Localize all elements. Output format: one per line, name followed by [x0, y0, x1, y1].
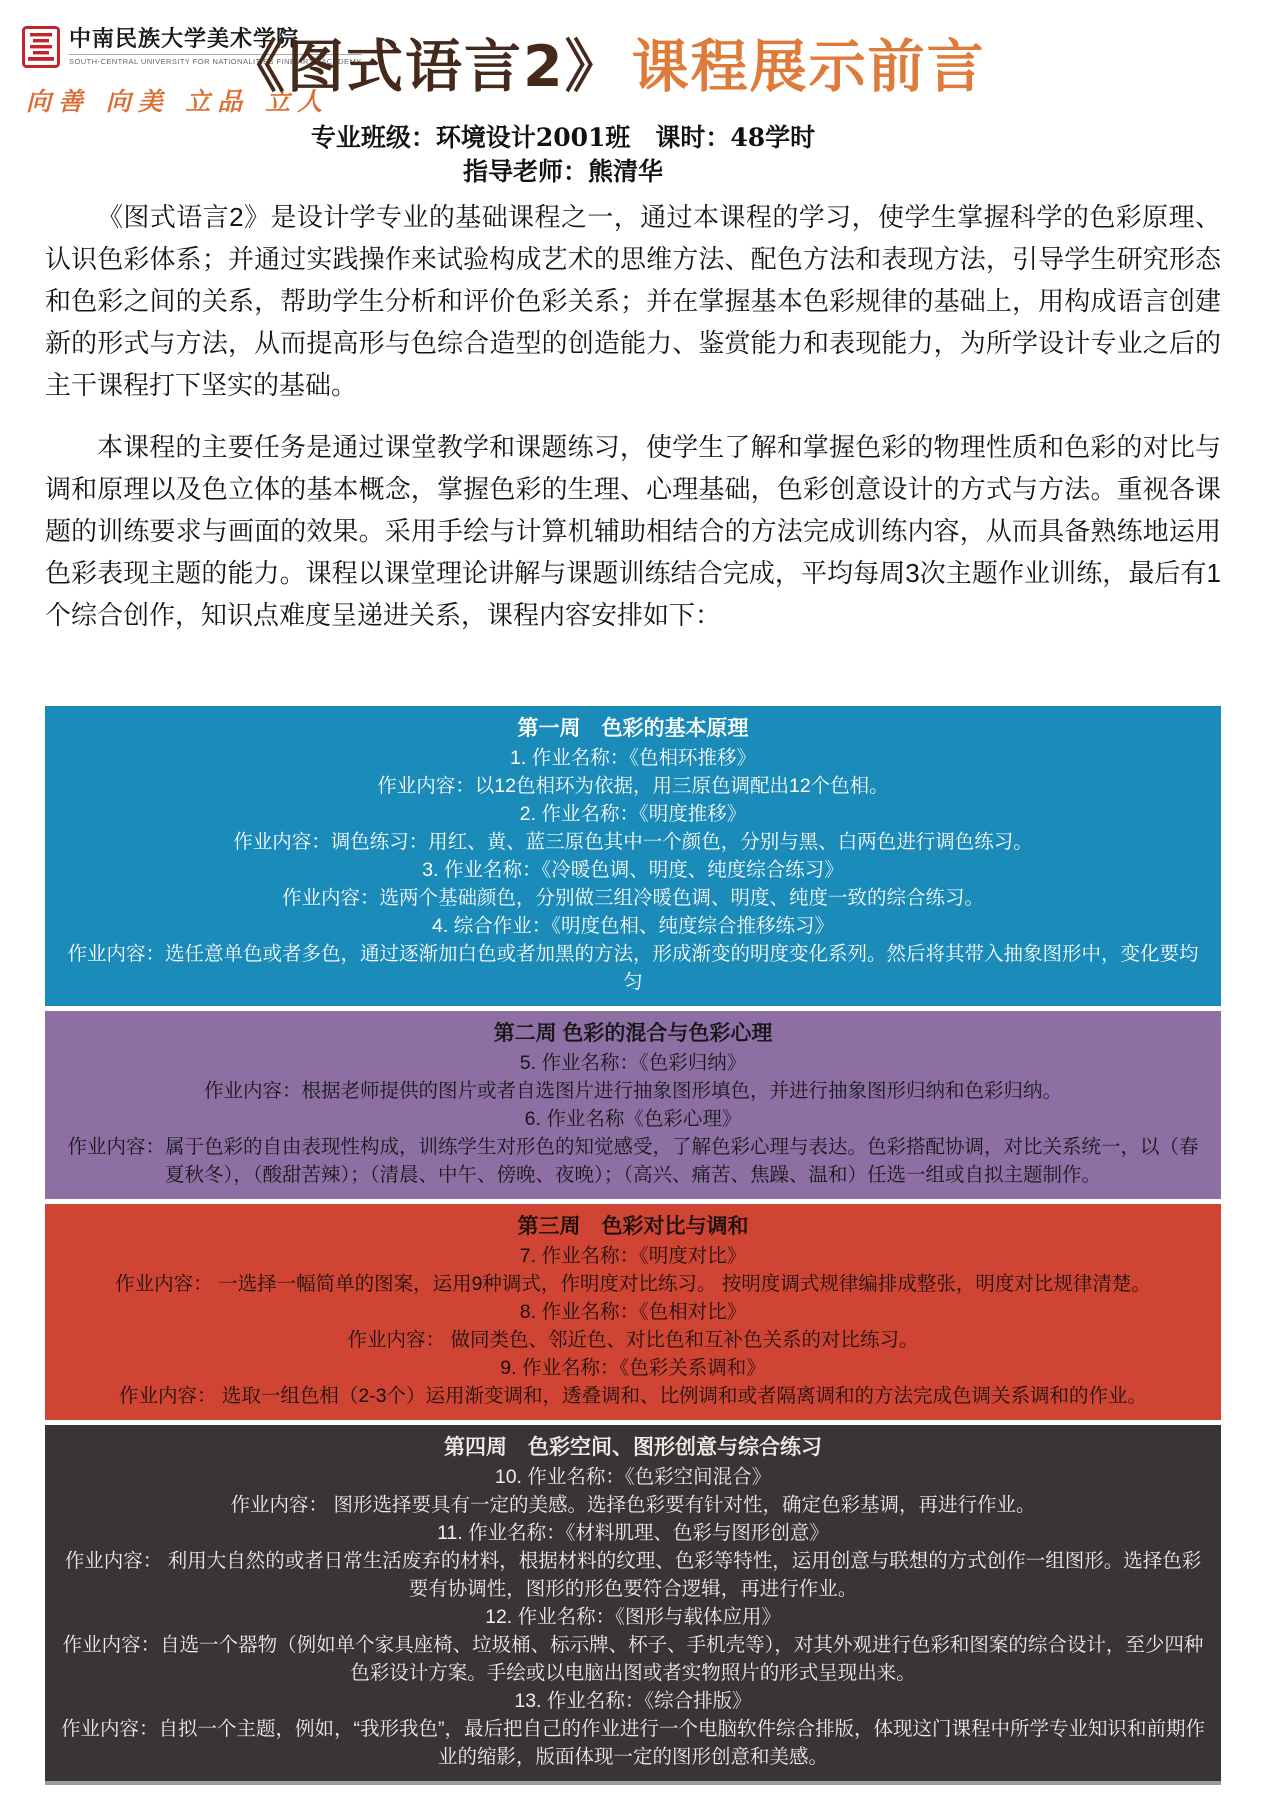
assignment-line: 4. 综合作业：《明度色相、纯度综合推移练习》: [59, 912, 1207, 940]
week-3-title: 第三周 色彩对比与调和: [59, 1212, 1207, 1242]
assignment-line: 作业内容： 做同类色、邻近色、对比色和互补色关系的对比练习。: [59, 1326, 1207, 1354]
assignment-line: 作业内容：选任意单色或者多色，通过逐渐加白色或者加黑的方法，形成渐变的明度变化系…: [59, 940, 1207, 996]
assignment-line: 13. 作业名称：《综合排版》: [59, 1687, 1207, 1715]
assignment-line: 12. 作业名称：《图形与载体应用》: [59, 1603, 1207, 1631]
assignment-line: 11. 作业名称：《材料肌理、色彩与图形创意》: [59, 1519, 1207, 1547]
assignment-line: 10. 作业名称：《色彩空间混合》: [59, 1463, 1207, 1491]
subtitle-block: 专业班级：环境设计2001班 课时：48学时 指导老师：熊清华: [0, 121, 1196, 189]
week-2-title: 第二周 色彩的混合与色彩心理: [59, 1019, 1207, 1049]
page-title: 《图式语言2》课程展示前言: [228, 36, 986, 98]
assignment-line: 作业内容： 利用大自然的或者日常生活废弃的材料，根据材料的纹理、色彩等特性，运用…: [59, 1547, 1207, 1603]
assignment-line: 9. 作业名称：《色彩关系调和》: [59, 1354, 1207, 1382]
assignment-line: 作业内容：调色练习：用红、黄、蓝三原色其中一个颜色，分别与黑、白两色进行调色练习…: [59, 828, 1207, 856]
assignment-line: 作业内容：选两个基础颜色，分别做三组冷暖色调、明度、纯度一致的综合练习。: [59, 884, 1207, 912]
week-4-title: 第四周 色彩空间、图形创意与综合练习: [59, 1433, 1207, 1463]
week-2-block: 第二周 色彩的混合与色彩心理 5. 作业名称：《色彩归纳》 作业内容：根据老师提…: [45, 1011, 1221, 1199]
assignment-line: 作业内容： 一选择一幅简单的图案，运用9种调式，作明度对比练习。 按明度调式规律…: [59, 1270, 1207, 1298]
page-title-course-name: 《图式语言2》: [228, 34, 624, 100]
week-1-block: 第一周 色彩的基本原理 1. 作业名称：《色相环推移》 作业内容：以12色相环为…: [45, 706, 1221, 1006]
assignment-line: 2. 作业名称：《明度推移》: [59, 800, 1207, 828]
class-and-hours-line: 专业班级：环境设计2001班 课时：48学时: [0, 121, 1196, 155]
assignment-line: 3. 作业名称：《冷暖色调、明度、纯度综合练习》: [59, 856, 1207, 884]
instructor-line: 指导老师：熊清华: [0, 155, 1196, 189]
assignment-line: 作业内容：自拟一个主题，例如，“我形我色”，最后把自己的作业进行一个电脑软件综合…: [59, 1715, 1207, 1771]
assignment-line: 6. 作业名称《色彩心理》: [59, 1105, 1207, 1133]
assignment-line: 1. 作业名称：《色相环推移》: [59, 744, 1207, 772]
assignment-line: 作业内容：以12色相环为依据，用三原色调配出12个色相。: [59, 772, 1207, 800]
week-1-title: 第一周 色彩的基本原理: [59, 714, 1207, 744]
assignment-line: 作业内容：根据老师提供的图片或者自选图片进行抽象图形填色，并进行抽象图形归纳和色…: [59, 1077, 1207, 1105]
university-seal-icon: [22, 26, 60, 68]
assignment-line: 作业内容：属于色彩的自由表现性构成，训练学生对形色的知觉感受，了解色彩心理与表达…: [59, 1133, 1207, 1189]
week-4-block: 第四周 色彩空间、图形创意与综合练习 10. 作业名称：《色彩空间混合》 作业内…: [45, 1425, 1221, 1785]
course-schedule: 第一周 色彩的基本原理 1. 作业名称：《色相环推移》 作业内容：以12色相环为…: [45, 706, 1221, 1785]
assignment-line: 5. 作业名称：《色彩归纳》: [59, 1049, 1207, 1077]
assignment-line: 作业内容： 选取一组色相（2-3个）运用渐变调和，透叠调和、比例调和或者隔离调和…: [59, 1382, 1207, 1410]
assignment-line: 作业内容：自选一个器物（例如单个家具座椅、垃圾桶、标示牌、杯子、手机壳等），对其…: [59, 1631, 1207, 1687]
intro-paragraph-1: 《图式语言2》是设计学专业的基础课程之一，通过本课程的学习，使学生掌握科学的色彩…: [45, 196, 1221, 406]
assignment-line: 8. 作业名称：《色相对比》: [59, 1298, 1207, 1326]
week-3-block: 第三周 色彩对比与调和 7. 作业名称：《明度对比》 作业内容： 一选择一幅简单…: [45, 1204, 1221, 1420]
assignment-line: 作业内容： 图形选择要具有一定的美感。选择色彩要有针对性，确定色彩基调，再进行作…: [59, 1491, 1207, 1519]
page-header: 中南民族大学美术学院 SOUTH-CENTRAL UNIVERSITY FOR …: [0, 0, 1266, 196]
intro-paragraph-2: 本课程的主要任务是通过课堂教学和课题练习，使学生了解和掌握色彩的物理性质和色彩的…: [45, 426, 1221, 636]
document-page: 中南民族大学美术学院 SOUTH-CENTRAL UNIVERSITY FOR …: [0, 0, 1266, 1795]
assignment-line: 7. 作业名称：《明度对比》: [59, 1242, 1207, 1270]
page-title-suffix: 课程展示前言: [632, 34, 986, 100]
